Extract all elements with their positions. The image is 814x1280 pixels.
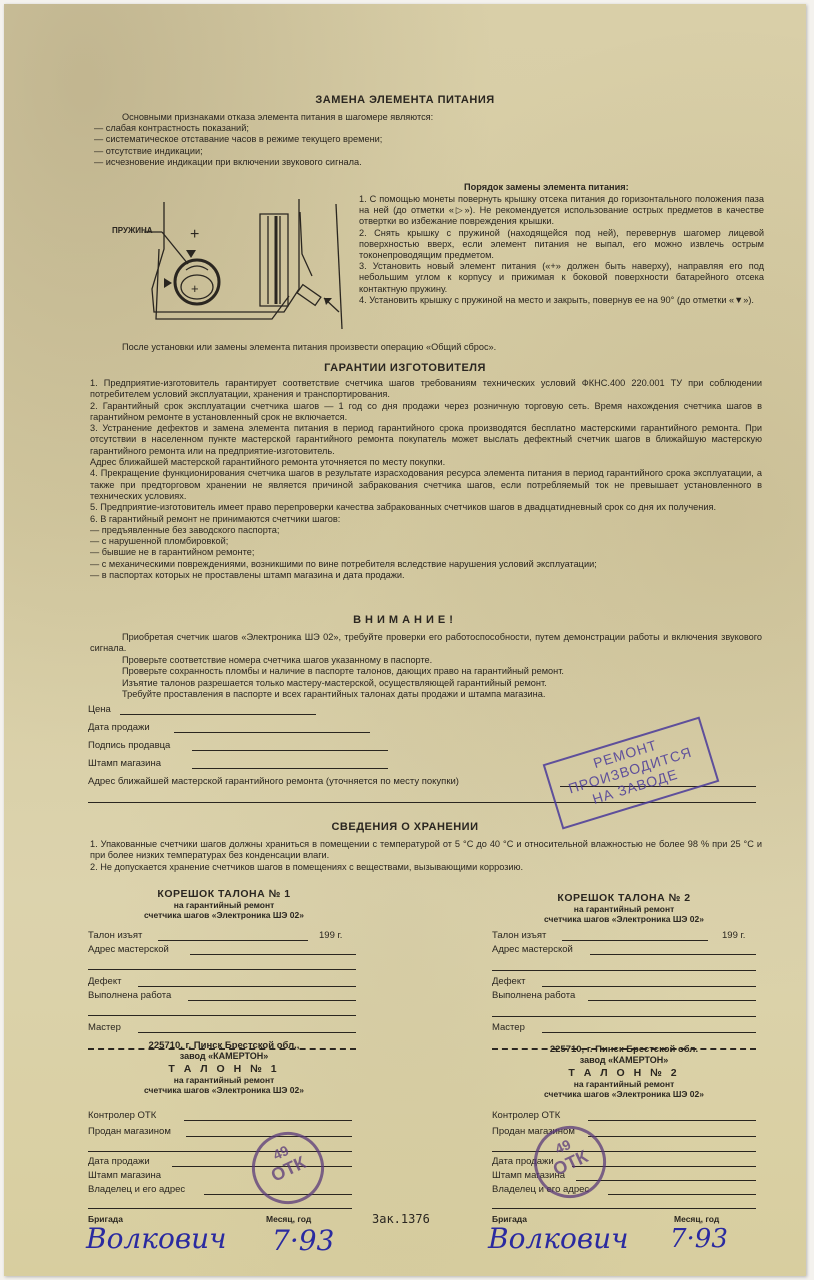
plant-address: 225710, г. Пинск Брестской обл. xyxy=(484,1044,764,1055)
shop-stamp-label: Штамп магазина xyxy=(88,1170,161,1181)
plant-name: завод «КАМЕРТОН» xyxy=(84,1051,364,1062)
procedure-step: 2. Снять крышку с пружиной (находящейся … xyxy=(359,228,764,262)
work-field-line2[interactable] xyxy=(492,1016,756,1017)
reset-note: После установки или замены элемента пита… xyxy=(122,342,496,353)
workshop-field[interactable] xyxy=(590,954,756,955)
stub-title: КОРЕШОК ТАЛОНА № 2 xyxy=(484,892,764,904)
warranty-document-page: ЗАМЕНА ЭЛЕМЕНТА ПИТАНИЯ Основными призна… xyxy=(4,4,806,1276)
month-year-handwritten: 7·93 xyxy=(272,1224,334,1257)
brigade-handwritten: Волкович xyxy=(86,1222,227,1255)
stub-subtitle: на гарантийный ремонт xyxy=(484,904,764,914)
svg-text:+: + xyxy=(191,281,199,296)
battery-section-title: ЗАМЕНА ЭЛЕМЕНТА ПИТАНИЯ xyxy=(4,94,806,106)
work-field-line2[interactable] xyxy=(88,1015,356,1016)
warranty-clause: 4. Прекращение функционирования счетчика… xyxy=(90,468,762,502)
storage-item: 2. Не допускается хранение счетчиков шаг… xyxy=(90,862,762,873)
shop-stamp-label: Штамп магазина xyxy=(88,758,161,769)
procedure-step: 1. С помощью монеты повернуть крышку отс… xyxy=(359,194,764,228)
workshop-label: Адрес мастерской xyxy=(88,944,169,955)
owner-field[interactable] xyxy=(608,1194,756,1195)
work-label: Выполнена работа xyxy=(492,990,575,1001)
storage-items: 1. Упакованные счетчики шагов должны хра… xyxy=(90,839,762,873)
stub-title: КОРЕШОК ТАЛОНА № 1 xyxy=(84,888,364,900)
failure-sign: — систематическое отставание часов в реж… xyxy=(94,134,382,145)
month-year-handwritten: 7·93 xyxy=(670,1224,728,1254)
workshop-field[interactable] xyxy=(190,954,356,955)
sale-date-field[interactable] xyxy=(174,732,370,733)
price-label: Цена xyxy=(88,704,111,715)
failure-signs-list: — слабая контрастность показаний; — сист… xyxy=(94,123,382,168)
brigade-handwritten: Волкович xyxy=(488,1222,629,1255)
taken-label: Талон изъят xyxy=(88,930,142,941)
sold-by-label: Продан магазином xyxy=(88,1126,171,1137)
warranty-clause: 1. Предприятие-изготовитель гарантирует … xyxy=(90,378,762,401)
spring-label: ПРУЖИНА xyxy=(112,226,153,235)
exclusion-item: — в паспортах которых не проставлены шта… xyxy=(90,570,762,581)
master-label: Мастер xyxy=(88,1022,121,1033)
storage-section-title: СВЕДЕНИЯ О ХРАНЕНИИ xyxy=(4,821,806,833)
year-label: 199 г. xyxy=(319,930,342,941)
warranty-clause: 6. В гарантийный ремонт не принимаются с… xyxy=(90,514,762,525)
coupon-subtitle: счетчика шагов «Электроника ШЭ 02» xyxy=(484,1089,764,1099)
exclusion-item: — предъявленные без заводского паспорта; xyxy=(90,525,762,536)
master-label: Мастер xyxy=(492,1022,525,1033)
taken-field[interactable] xyxy=(562,940,708,941)
otk-field[interactable] xyxy=(588,1120,756,1121)
work-field[interactable] xyxy=(588,1000,756,1001)
price-field[interactable] xyxy=(120,714,316,715)
master-field[interactable] xyxy=(138,1032,356,1033)
exclusion-item: — с нарушенной пломбировкой; xyxy=(90,536,762,547)
procedure-step: 3. Установить новый элемент питания («+»… xyxy=(359,261,764,295)
sold-by-field[interactable] xyxy=(588,1136,756,1137)
svg-text:+: + xyxy=(190,226,199,243)
otk-label: Контролер ОТК xyxy=(88,1110,156,1121)
warranty-clause: 3. Устранение дефектов и замена элемента… xyxy=(90,423,762,457)
attention-item: Проверьте сохранность пломбы и наличие в… xyxy=(122,666,564,677)
warranty-clause: 5. Предприятие-изготовитель имеет право … xyxy=(90,502,762,513)
warranty-clause: 2. Гарантийный срок эксплуатации счетчик… xyxy=(90,401,762,424)
attention-items: Проверьте соответствие номера счетчика ш… xyxy=(122,655,564,700)
defect-field[interactable] xyxy=(542,986,756,987)
workshop-field-line2[interactable] xyxy=(492,970,756,971)
sale-date-label: Дата продажи xyxy=(88,722,150,733)
work-label: Выполнена работа xyxy=(88,990,171,1001)
plant-name: завод «КАМЕРТОН» xyxy=(484,1055,764,1066)
shop-stamp-field[interactable] xyxy=(576,1180,756,1181)
storage-item: 1. Упакованные счетчики шагов должны хра… xyxy=(90,839,762,862)
otk-label: Контролер ОТК xyxy=(492,1110,560,1121)
coupon-title: Т А Л О Н № 2 xyxy=(484,1067,764,1079)
taken-label: Талон изъят xyxy=(492,930,546,941)
coupon-subtitle: на гарантийный ремонт xyxy=(84,1075,364,1085)
warranty-clause: Адрес ближайшей мастерской гарантийного … xyxy=(90,457,762,468)
sale-date-label: Дата продажи xyxy=(88,1156,150,1167)
stub-subtitle: на гарантийный ремонт xyxy=(84,900,364,910)
coupon-2: 225710, г. Пинск Брестской обл. завод «К… xyxy=(484,1044,764,1099)
plant-address: 225710, г. Пинск Брестской обл., xyxy=(84,1040,364,1051)
stub-2: КОРЕШОК ТАЛОНА № 2 на гарантийный ремонт… xyxy=(484,892,764,924)
coupon-subtitle: на гарантийный ремонт xyxy=(484,1079,764,1089)
owner-field-line2[interactable] xyxy=(492,1208,756,1209)
coupon-subtitle: счетчика шагов «Электроника ШЭ 02» xyxy=(84,1085,364,1095)
owner-label: Владелец и его адрес xyxy=(88,1184,185,1195)
procedure-step: 4. Установить крышку с пружиной на место… xyxy=(359,295,764,306)
battery-compartment-diagram: + + xyxy=(84,194,354,334)
attention-lead: Приобретая счетчик шагов «Электроника ШЭ… xyxy=(90,632,762,655)
defect-field[interactable] xyxy=(138,986,356,987)
shop-stamp-field[interactable] xyxy=(192,768,388,769)
warranty-paragraphs: 1. Предприятие-изготовитель гарантирует … xyxy=(90,378,762,581)
workshop-address-field-line2[interactable] xyxy=(88,802,756,803)
stub-subtitle: счетчика шагов «Электроника ШЭ 02» xyxy=(84,910,364,920)
year-label: 199 г. xyxy=(722,930,745,941)
failure-sign: — отсутствие индикации; xyxy=(94,146,382,157)
attention-item: Изъятие талонов разрешается только масте… xyxy=(122,678,564,689)
otk-field[interactable] xyxy=(184,1120,352,1121)
owner-field-line2[interactable] xyxy=(88,1208,352,1209)
seller-signature-label: Подпись продавца xyxy=(88,740,170,751)
workshop-label: Адрес мастерской xyxy=(492,944,573,955)
taken-field[interactable] xyxy=(158,940,308,941)
coupon-title: Т А Л О Н № 1 xyxy=(84,1063,364,1075)
coupon-1: 225710, г. Пинск Брестской обл., завод «… xyxy=(84,1040,364,1095)
order-number: Зак.1376 xyxy=(372,1212,430,1226)
workshop-address-label: Адрес ближайшей мастерской гарантийного … xyxy=(88,776,459,787)
master-field[interactable] xyxy=(542,1032,756,1033)
procedure-title: Порядок замены элемента питания: xyxy=(464,182,629,193)
stub-1: КОРЕШОК ТАЛОНА № 1 на гарантийный ремонт… xyxy=(84,888,364,920)
stub-subtitle: счетчика шагов «Электроника ШЭ 02» xyxy=(484,914,764,924)
defect-label: Дефект xyxy=(88,976,121,987)
attention-title: ВНИМАНИЕ! xyxy=(4,614,806,626)
exclusion-item: — бывшие не в гарантийном ремонте; xyxy=(90,547,762,558)
work-field[interactable] xyxy=(188,1000,356,1001)
warranty-section-title: ГАРАНТИИ ИЗГОТОВИТЕЛЯ xyxy=(4,362,806,374)
failure-sign: — слабая контрастность показаний; xyxy=(94,123,382,134)
battery-intro: Основными признаками отказа элемента пит… xyxy=(122,112,433,123)
seller-signature-field[interactable] xyxy=(192,750,388,751)
otk-stamp: 49 ОТК xyxy=(240,1120,336,1216)
attention-item: Проверьте соответствие номера счетчика ш… xyxy=(122,655,564,666)
defect-label: Дефект xyxy=(492,976,525,987)
workshop-field-line2[interactable] xyxy=(88,969,356,970)
procedure-steps: 1. С помощью монеты повернуть крышку отс… xyxy=(359,194,764,306)
exclusion-item: — с механическими повреждениями, возникш… xyxy=(90,559,762,570)
failure-sign: — исчезновение индикации при включении з… xyxy=(94,157,382,168)
repair-at-plant-stamp: РЕМОНТ ПРОИЗВОДИТСЯ НА ЗАВОДЕ xyxy=(543,717,720,830)
attention-item: Требуйте проставления в паспорте и всех … xyxy=(122,689,564,700)
